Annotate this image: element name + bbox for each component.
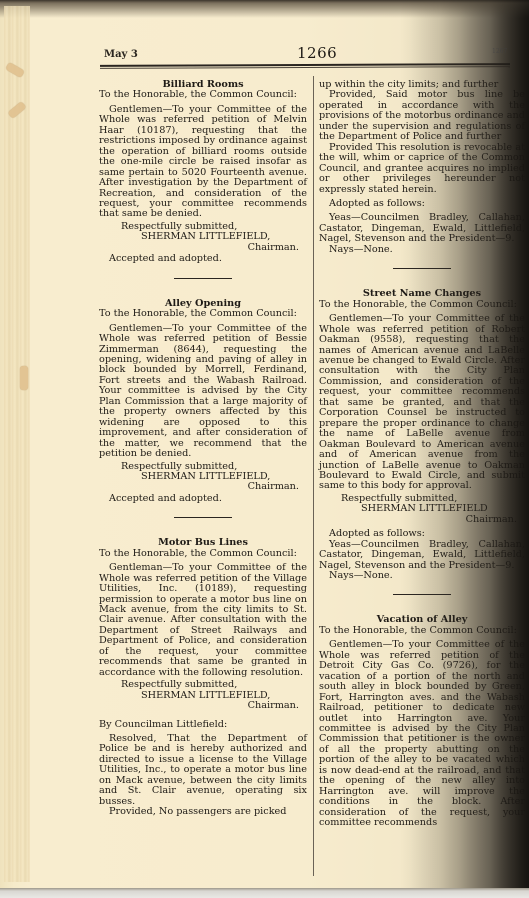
proviso-text: Provided, No passengers are picked [99, 807, 307, 817]
mover-line: By Councilman Littlefield: [99, 720, 307, 730]
vote-nays: Nays—None. [319, 245, 525, 255]
section-separator [393, 594, 451, 595]
page-number: 1266 [297, 44, 337, 62]
salutation: To the Honorable, the Common Council: [319, 300, 525, 310]
header-date: May 3 [104, 49, 138, 60]
signer-role: Chairman. [99, 243, 307, 253]
section-separator [393, 268, 451, 269]
report-body: Gentlemen—To your Committee of the Whole… [319, 640, 525, 828]
salutation: To the Honorable, the Common Council: [99, 90, 307, 100]
signer-role: Chairman. [319, 515, 525, 525]
action-taken: Accepted and adopted. [99, 254, 307, 264]
salutation: To the Honorable, the Common Council: [99, 549, 307, 559]
report-body: Gentlemen—To your Committee of the Whole… [99, 105, 307, 220]
signoff: Respectfully submitted, SHERMAN LITTLEFI… [319, 494, 525, 525]
signer-role: Chairman. [99, 482, 307, 492]
column-divider [313, 76, 314, 876]
book-binding-edge [4, 6, 30, 882]
signoff: Respectfully submitted, SHERMAN LITTLEFI… [99, 462, 307, 493]
report-body: Gentleman—To your Committee of the Whole… [99, 563, 307, 678]
vote-yeas: Yeas—Councilmen Bradley, Callahan, Casta… [319, 213, 525, 244]
section-vacation-of-alley: Vacation of Alley To the Honorable, the … [319, 615, 525, 828]
section-motor-bus-lines: Motor Bus Lines To the Honorable, the Co… [99, 538, 307, 817]
vote-nays: Nays—None. [319, 571, 525, 581]
report-body: Gentlemen—To your Committee of the Whole… [99, 324, 307, 460]
section-billiard-rooms: Billiard Rooms To the Honorable, the Com… [99, 80, 307, 265]
vote-yeas: Yeas—Councilmen Bradley, Callahan, Casta… [319, 540, 525, 571]
adoption-line: Adopted as follows: [319, 199, 525, 209]
next-page-number: 1267 [492, 48, 507, 55]
salutation: To the Honorable, the Common Council: [99, 309, 307, 319]
action-taken: Accepted and adopted. [99, 494, 307, 504]
salutation: To the Honorable, the Common Council: [319, 626, 525, 636]
section-separator [174, 278, 232, 279]
signoff: Respectfully submitted, SHERMAN LITTLEFI… [99, 222, 307, 253]
report-body: Gentlemen—To your Committee of the Whole… [319, 314, 525, 492]
proviso-text: Provided This resolution is revocable at… [319, 143, 525, 195]
signoff: Respectfully submitted, SHERMAN LITTLEFI… [99, 680, 307, 711]
signer-role: Chairman. [99, 701, 307, 711]
scanner-bed-edge [0, 888, 529, 898]
right-column: up within the city limits; and further P… [319, 80, 525, 829]
left-column: Billiard Rooms To the Honorable, the Com… [99, 80, 307, 818]
page-tab-marker [20, 366, 28, 390]
section-separator [174, 517, 232, 518]
proviso-text: Provided, Said motor bus line be operate… [319, 90, 525, 142]
scanned-page: May 3 1266 1267 Billiard Rooms To the Ho… [0, 0, 529, 888]
resolution-text: Resolved, That the Department of Police … [99, 734, 307, 807]
page-header: May 3 1266 1267 [104, 44, 504, 64]
section-street-name-changes: Street Name Changes To the Honorable, th… [319, 289, 525, 581]
section-alley-opening: Alley Opening To the Honorable, the Comm… [99, 299, 307, 505]
